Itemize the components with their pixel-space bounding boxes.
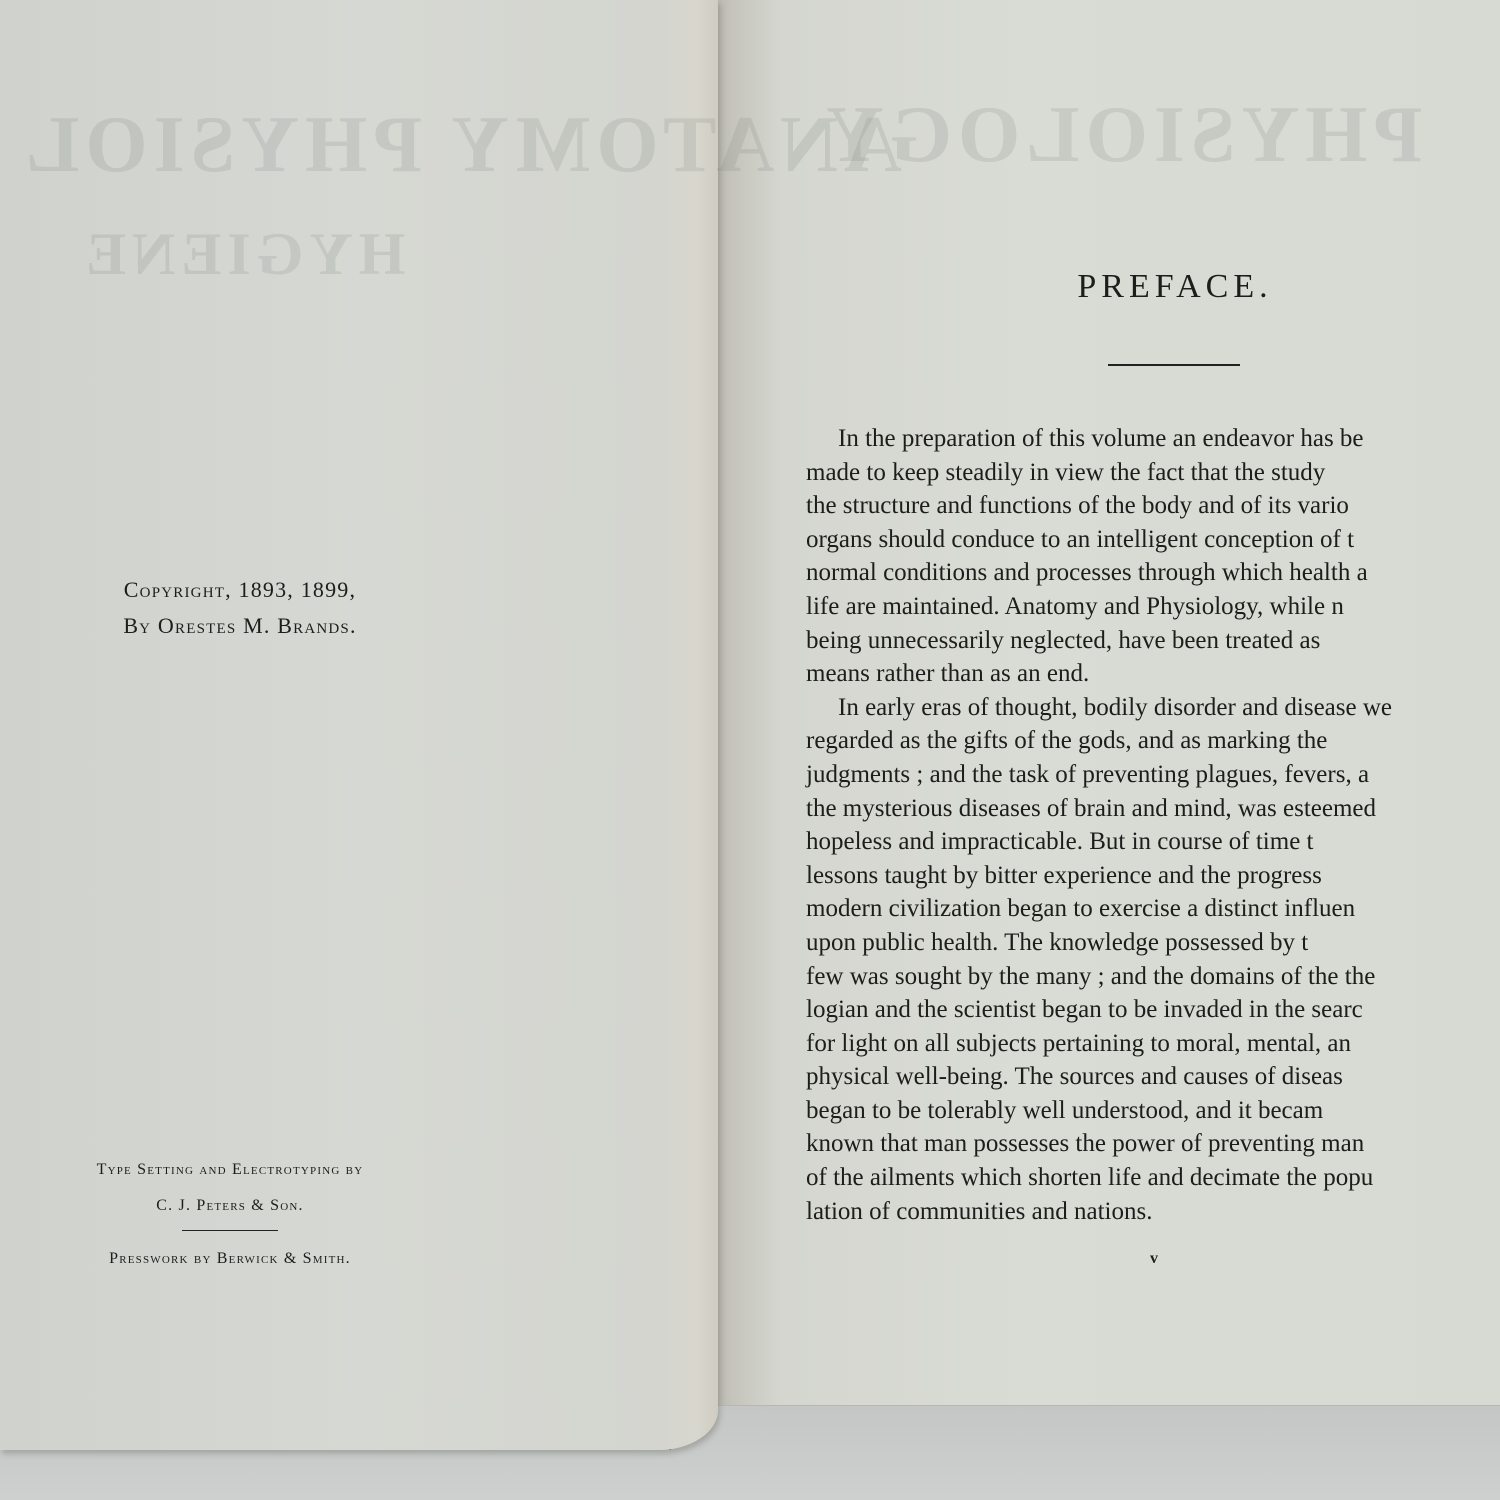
text-line: life are maintained. Anatomy and Physiol… [806, 590, 1500, 624]
left-page: ANATOMY PHYSIOL HYGIENE Copyright, 1893,… [0, 0, 718, 1450]
text-line: means rather than as an end. [806, 657, 1500, 691]
text-line: of the ailments which shorten life and d… [806, 1161, 1500, 1195]
text-line: being unnecessarily neglected, have been… [806, 624, 1500, 658]
author-line: By Orestes M. Brands. [60, 608, 420, 644]
text-line: hopeless and impracticable. But in cours… [806, 825, 1500, 859]
text-line: physical well-being. The sources and cau… [806, 1060, 1500, 1094]
bleed-through-text: ANATOMY PHYSIOL [20, 100, 902, 191]
text-line: for light on all subjects pertaining to … [806, 1027, 1500, 1061]
page-number: v [1150, 1250, 1158, 1268]
text-line: In the preparation of this volume an end… [806, 422, 1500, 456]
text-line: lation of communities and nations. [806, 1195, 1500, 1229]
text-line: logian and the scientist began to be inv… [806, 993, 1500, 1027]
bleed-through-text: HYGIENE [80, 220, 405, 289]
text-line: the mysterious diseases of brain and min… [806, 792, 1500, 826]
text-line: normal conditions and processes through … [806, 556, 1500, 590]
title-divider [1108, 364, 1240, 366]
text-line: modern civilization began to exercise a … [806, 892, 1500, 926]
text-line: organs should conduce to an intelligent … [806, 523, 1500, 557]
copyright-notice: Copyright, 1893, 1899, By Orestes M. Bra… [60, 572, 420, 644]
printer-credits: Type Setting and Electrotyping by C. J. … [30, 1152, 430, 1277]
text-line: known that man possesses the power of pr… [806, 1127, 1500, 1161]
text-line: few was sought by the many ; and the dom… [806, 960, 1500, 994]
text-line: the structure and functions of the body … [806, 489, 1500, 523]
typesetter-name: C. J. Peters & Son. [30, 1188, 430, 1224]
text-line: began to be tolerably well understood, a… [806, 1094, 1500, 1128]
text-line: upon public health. The knowledge posses… [806, 926, 1500, 960]
page-title: PREFACE. [1000, 268, 1350, 306]
typesetting-credit: Type Setting and Electrotyping by [30, 1152, 430, 1188]
preface-body: In the preparation of this volume an end… [806, 422, 1500, 1228]
text-line: lessons taught by bitter experience and … [806, 859, 1500, 893]
text-line: judgments ; and the task of preventing p… [806, 758, 1500, 792]
credits-divider [182, 1230, 278, 1231]
text-line: In early eras of thought, bodily disorde… [806, 691, 1500, 725]
copyright-line: Copyright, 1893, 1899, [60, 572, 420, 608]
text-line: made to keep steadily in view the fact t… [806, 456, 1500, 490]
bleed-through-text: PHYSIOLOGY [820, 90, 1422, 181]
text-line: regarded as the gifts of the gods, and a… [806, 724, 1500, 758]
presswork-credit: Presswork by Berwick & Smith. [30, 1241, 430, 1277]
